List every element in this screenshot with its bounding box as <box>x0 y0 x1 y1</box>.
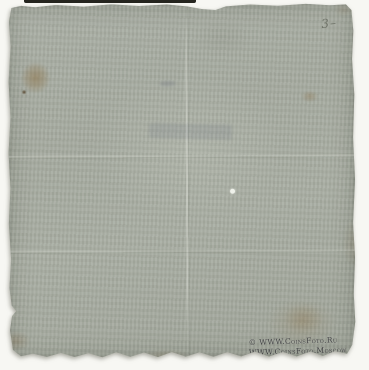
illegible-stamp <box>150 123 232 140</box>
pencil-annotation: 3– <box>321 14 357 34</box>
stain-dark-dot <box>22 90 27 95</box>
stain-right-edge <box>301 90 319 102</box>
dealer-watermark: © WWW.CoinsFoto.Ru WWW.CoinsFoto.Moscow <box>248 335 351 357</box>
vertical-fold-crease <box>185 3 189 358</box>
banknote-paper: 3– © WWW.CoinsFoto.Ru WWW.CoinsFoto.Mosc… <box>7 2 356 359</box>
faint-ink-mark <box>160 81 176 86</box>
scanned-banknote-photo: 3– © WWW.CoinsFoto.Ru WWW.CoinsFoto.Mosc… <box>0 0 369 370</box>
horizontal-crease-lower <box>8 249 355 253</box>
paper-speck <box>230 189 235 194</box>
horizontal-crease-upper <box>8 154 355 158</box>
banknote-reverse-wrap: 3– © WWW.CoinsFoto.Ru WWW.CoinsFoto.Mosc… <box>0 0 369 370</box>
